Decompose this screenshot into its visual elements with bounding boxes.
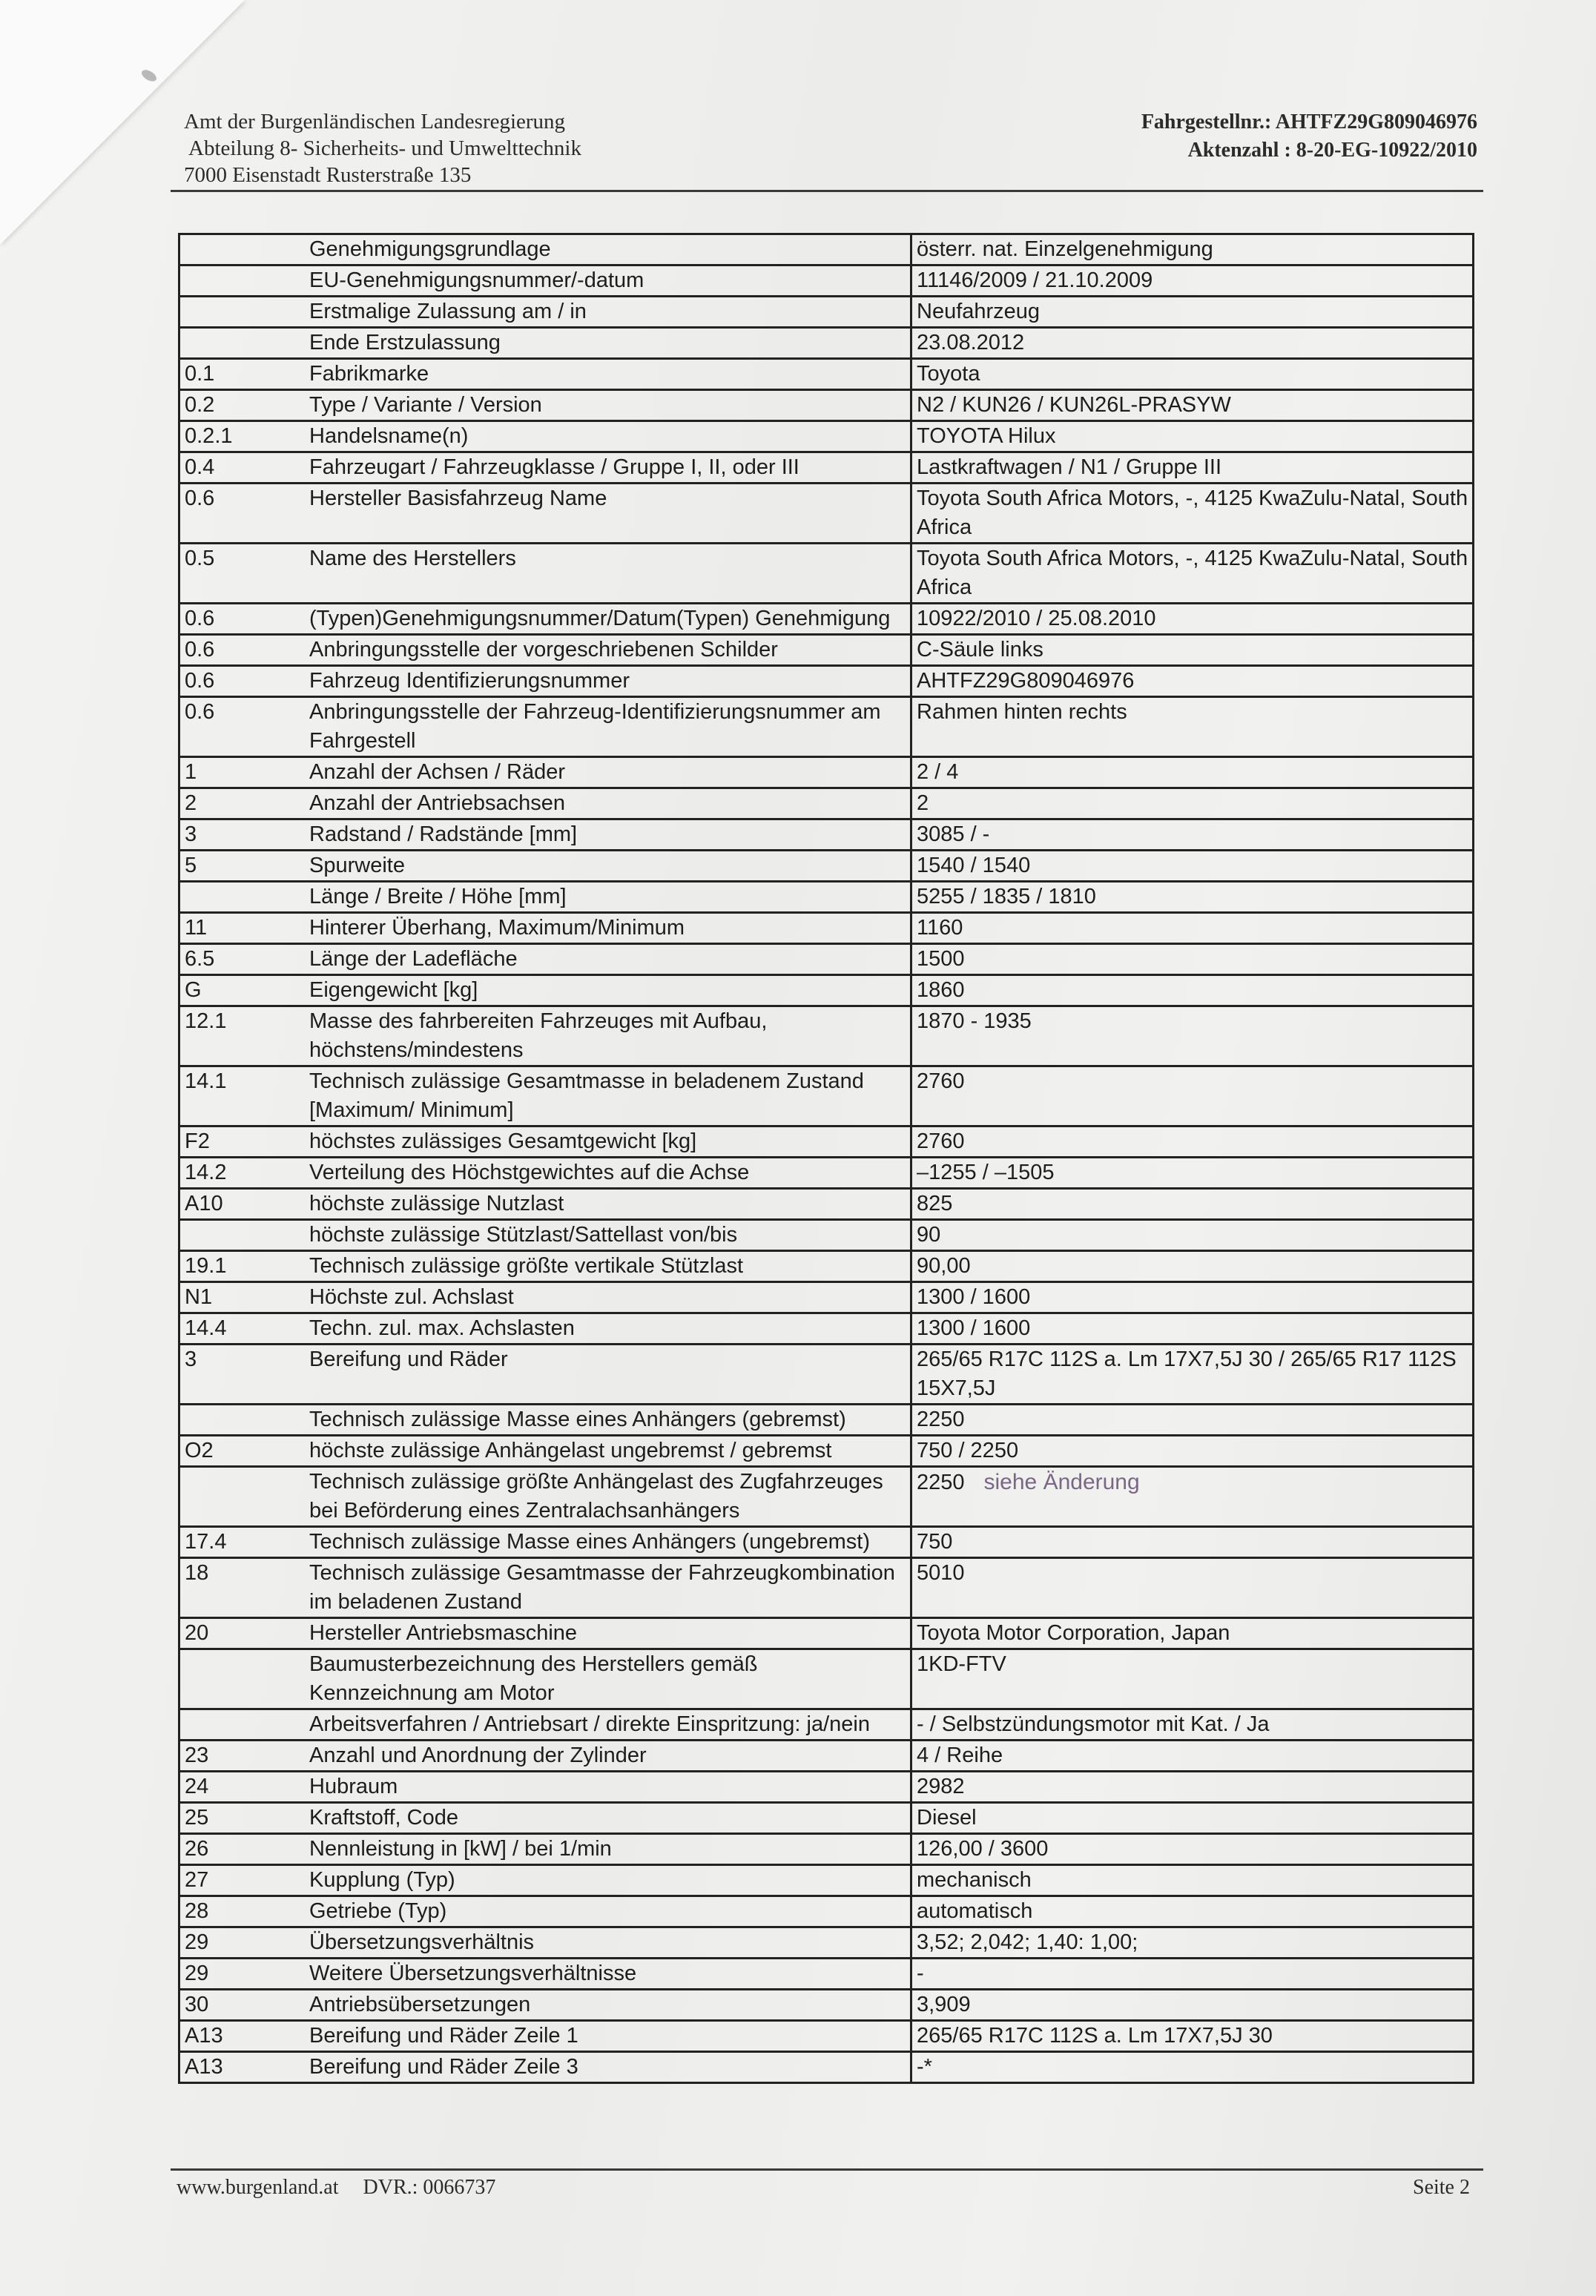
- row-label: (Typen)Genehmigungsnummer/Datum(Typen) G…: [303, 604, 911, 635]
- row-value: 4 / Reihe: [911, 1741, 1474, 1772]
- row-label: Hersteller Basisfahrzeug Name: [303, 484, 911, 544]
- row-value: -*: [911, 2052, 1474, 2083]
- row-code: 14.2: [179, 1158, 304, 1189]
- row-value: 1500: [911, 944, 1474, 975]
- row-value: mechanisch: [911, 1865, 1474, 1896]
- row-code: 0.2.1: [179, 421, 304, 452]
- row-label: Weitere Übersetzungsverhältnisse: [303, 1959, 911, 1990]
- row-value-text: 750 / 2250: [917, 1439, 1018, 1462]
- table-row: Technisch zulässige größte Anhängelast d…: [179, 1467, 1474, 1527]
- row-value: 11146/2009 / 21.10.2009: [911, 265, 1474, 297]
- letterhead-reference: Fahrgestellnr.: AHTFZ29G809046976 Aktenz…: [1141, 108, 1477, 165]
- row-code: 24: [179, 1772, 304, 1803]
- row-code: 14.1: [179, 1066, 304, 1126]
- table-row: 23Anzahl und Anordnung der Zylinder4 / R…: [179, 1741, 1474, 1772]
- row-code: [179, 1467, 304, 1527]
- row-label: Technisch zulässige Masse eines Anhänger…: [303, 1405, 911, 1436]
- row-value-text: 1160: [917, 916, 963, 940]
- row-code: A13: [179, 2052, 304, 2083]
- row-label: Bereifung und Räder: [303, 1345, 911, 1405]
- row-value: Neufahrzeug: [911, 297, 1474, 328]
- table-row: EU-Genehmigungsnummer/-datum11146/2009 /…: [179, 265, 1474, 297]
- row-label: Anbringungsstelle der Fahrzeug-Identifiz…: [303, 697, 911, 757]
- row-value: 2760: [911, 1066, 1474, 1126]
- row-code: A10: [179, 1189, 304, 1220]
- row-value: 2250: [911, 1405, 1474, 1436]
- row-value-text: Rahmen hinten rechts: [917, 700, 1127, 724]
- row-value: 90: [911, 1220, 1474, 1251]
- table-row: 24Hubraum2982: [179, 1772, 1474, 1803]
- row-value: 1160: [911, 913, 1474, 944]
- row-value: Toyota: [911, 359, 1474, 390]
- table-row: 12.1Masse des fahrbereiten Fahrzeuges mi…: [179, 1006, 1474, 1066]
- row-code: 19.1: [179, 1251, 304, 1282]
- row-value: AHTFZ29G809046976: [911, 666, 1474, 697]
- row-label: Kupplung (Typ): [303, 1865, 911, 1896]
- row-value-text: 2760: [917, 1069, 965, 1093]
- row-value-text: mechanisch: [917, 1868, 1032, 1892]
- row-label: Fabrikmarke: [303, 359, 911, 390]
- row-label: Erstmalige Zulassung am / in: [303, 297, 911, 328]
- row-value-text: Toyota: [917, 362, 980, 386]
- row-label: höchste zulässige Nutzlast: [303, 1189, 911, 1220]
- row-value-text: 3,52; 2,042; 1,40: 1,00;: [917, 1930, 1138, 1954]
- row-value-text: 1300 / 1600: [917, 1316, 1030, 1340]
- row-value: 23.08.2012: [911, 328, 1474, 359]
- table-row: 14.4Techn. zul. max. Achslasten1300 / 16…: [179, 1313, 1474, 1345]
- row-code: G: [179, 975, 304, 1006]
- row-code: 18: [179, 1558, 304, 1618]
- row-value: 126,00 / 3600: [911, 1834, 1474, 1865]
- table-row: A13Bereifung und Räder Zeile 3-*: [179, 2052, 1474, 2083]
- row-label: Technisch zulässige Masse eines Anhänger…: [303, 1527, 911, 1558]
- table-row: 6.5Länge der Ladefläche1500: [179, 944, 1474, 975]
- table-row: 14.1Technisch zulässige Gesamtmasse in b…: [179, 1066, 1474, 1126]
- row-code: [179, 1405, 304, 1436]
- row-value: TOYOTA Hilux: [911, 421, 1474, 452]
- row-code: 0.4: [179, 452, 304, 484]
- row-value-text: 1870 - 1935: [917, 1009, 1032, 1033]
- table-row: 29Übersetzungsverhältnis3,52; 2,042; 1,4…: [179, 1927, 1474, 1959]
- row-value-text: 5010: [917, 1561, 965, 1585]
- table-row: 2Anzahl der Antriebsachsen2: [179, 788, 1474, 819]
- authority-name: Amt der Burgenländischen Landesregierung: [184, 108, 581, 135]
- row-label: Technisch zulässige größte vertikale Stü…: [303, 1251, 911, 1282]
- row-code: 26: [179, 1834, 304, 1865]
- table-row: 26Nennleistung in [kW] / bei 1/min126,00…: [179, 1834, 1474, 1865]
- table-row: 0.6(Typen)Genehmigungsnummer/Datum(Typen…: [179, 604, 1474, 635]
- row-value-text: N2 / KUN26 / KUN26L-PRASYW: [917, 393, 1231, 417]
- table-row: GEigengewicht [kg]1860: [179, 975, 1474, 1006]
- row-label: Technisch zulässige Gesamtmasse der Fahr…: [303, 1558, 911, 1618]
- row-value-text: 265/65 R17C 112S a. Lm 17X7,5J 30: [917, 2024, 1273, 2048]
- table-row: N1Höchste zul. Achslast1300 / 1600: [179, 1282, 1474, 1313]
- row-value-text: 23.08.2012: [917, 331, 1024, 354]
- table-row: O2höchste zulässige Anhängelast ungebrem…: [179, 1436, 1474, 1467]
- row-value: automatisch: [911, 1896, 1474, 1927]
- row-code: 0.6: [179, 635, 304, 666]
- row-value: 2250siehe Änderung: [911, 1467, 1474, 1527]
- table-row: Länge / Breite / Höhe [mm]5255 / 1835 / …: [179, 882, 1474, 913]
- row-label: Hubraum: [303, 1772, 911, 1803]
- file-number: Aktenzahl : 8-20-EG-10922/2010: [1141, 136, 1477, 165]
- vehicle-spec-table: Genehmigungsgrundlageösterr. nat. Einzel…: [178, 233, 1474, 2084]
- authority-address: 7000 Eisenstadt Rusterstraße 135: [184, 162, 581, 188]
- row-value-text: österr. nat. Einzelgenehmigung: [917, 237, 1213, 261]
- row-value: –1255 / –1505: [911, 1158, 1474, 1189]
- row-code: O2: [179, 1436, 304, 1467]
- table-row: 29Weitere Übersetzungsverhältnisse-: [179, 1959, 1474, 1990]
- row-label: Kraftstoff, Code: [303, 1803, 911, 1834]
- row-code: [179, 328, 304, 359]
- table-row: Ende Erstzulassung23.08.2012: [179, 328, 1474, 359]
- row-value-text: 2250: [917, 1408, 965, 1431]
- footer-divider: [171, 2168, 1483, 2171]
- row-code: 25: [179, 1803, 304, 1834]
- table-row: Erstmalige Zulassung am / inNeufahrzeug: [179, 297, 1474, 328]
- table-row: 0.6Anbringungsstelle der vorgeschriebene…: [179, 635, 1474, 666]
- row-value-text: Toyota South Africa Motors, -, 4125 KwaZ…: [917, 486, 1468, 539]
- row-code: 3: [179, 819, 304, 851]
- letterhead-authority: Amt der Burgenländischen Landesregierung…: [184, 108, 581, 188]
- department-name: Abteilung 8- Sicherheits- und Umwelttech…: [184, 135, 581, 162]
- row-code: 3: [179, 1345, 304, 1405]
- row-value-text: 265/65 R17C 112S a. Lm 17X7,5J 30 / 265/…: [917, 1347, 1457, 1400]
- row-code: [179, 1220, 304, 1251]
- row-code: 29: [179, 1959, 304, 1990]
- row-label: Genehmigungsgrundlage: [303, 234, 911, 265]
- row-value-text: 2: [917, 791, 929, 815]
- row-value-text: -: [917, 1962, 924, 1985]
- row-value: - / Selbstzündungsmotor mit Kat. / Ja: [911, 1709, 1474, 1741]
- row-code: 0.6: [179, 697, 304, 757]
- row-value-text: - / Selbstzündungsmotor mit Kat. / Ja: [917, 1712, 1269, 1736]
- table-row: 18Technisch zulässige Gesamtmasse der Fa…: [179, 1558, 1474, 1618]
- row-value-text: Diesel: [917, 1806, 977, 1830]
- table-row: 25Kraftstoff, CodeDiesel: [179, 1803, 1474, 1834]
- table-row: 27Kupplung (Typ)mechanisch: [179, 1865, 1474, 1896]
- row-value: 1KD-FTV: [911, 1649, 1474, 1709]
- row-value: 10922/2010 / 25.08.2010: [911, 604, 1474, 635]
- row-value-text: 2982: [917, 1775, 965, 1798]
- row-value-text: 1KD-FTV: [917, 1652, 1006, 1676]
- row-code: 23: [179, 1741, 304, 1772]
- table-row: 0.2.1Handelsname(n)TOYOTA Hilux: [179, 421, 1474, 452]
- row-label: Hinterer Überhang, Maximum/Minimum: [303, 913, 911, 944]
- row-value-text: Lastkraftwagen / N1 / Gruppe III: [917, 455, 1221, 479]
- row-code: 0.5: [179, 544, 304, 604]
- row-value: 3,909: [911, 1990, 1474, 2021]
- row-value: Lastkraftwagen / N1 / Gruppe III: [911, 452, 1474, 484]
- row-label: Baumusterbezeichnung des Herstellers gem…: [303, 1649, 911, 1709]
- row-label: Ende Erstzulassung: [303, 328, 911, 359]
- row-label: Übersetzungsverhältnis: [303, 1927, 911, 1959]
- row-value-text: 750: [917, 1530, 952, 1554]
- row-code: 0.1: [179, 359, 304, 390]
- row-value: Toyota South Africa Motors, -, 4125 KwaZ…: [911, 544, 1474, 604]
- row-value-text: 1500: [917, 947, 965, 971]
- table-row: 28Getriebe (Typ)automatisch: [179, 1896, 1474, 1927]
- row-code: 1: [179, 757, 304, 788]
- row-value-text: 3,909: [917, 1993, 971, 2016]
- table-row: 0.6Fahrzeug IdentifizierungsnummerAHTFZ2…: [179, 666, 1474, 697]
- row-value: 265/65 R17C 112S a. Lm 17X7,5J 30: [911, 2021, 1474, 2052]
- table-row: 11Hinterer Überhang, Maximum/Minimum1160: [179, 913, 1474, 944]
- row-value: N2 / KUN26 / KUN26L-PRASYW: [911, 390, 1474, 421]
- table-row: 30Antriebsübersetzungen3,909: [179, 1990, 1474, 2021]
- row-label: Name des Herstellers: [303, 544, 911, 604]
- row-code: [179, 234, 304, 265]
- row-value: Rahmen hinten rechts: [911, 697, 1474, 757]
- row-label: Spurweite: [303, 851, 911, 882]
- row-label: Techn. zul. max. Achslasten: [303, 1313, 911, 1345]
- row-label: Arbeitsverfahren / Antriebsart / direkte…: [303, 1709, 911, 1741]
- table-row: 17.4Technisch zulässige Masse eines Anhä…: [179, 1527, 1474, 1558]
- row-value-text: -*: [917, 2055, 932, 2079]
- chassis-number: Fahrgestellnr.: AHTFZ29G809046976: [1141, 108, 1477, 136]
- row-label: Antriebsübersetzungen: [303, 1990, 911, 2021]
- table-row: 0.2Type / Variante / VersionN2 / KUN26 /…: [179, 390, 1474, 421]
- row-label: Nennleistung in [kW] / bei 1/min: [303, 1834, 911, 1865]
- table-row: 0.6Anbringungsstelle der Fahrzeug-Identi…: [179, 697, 1474, 757]
- row-value-text: automatisch: [917, 1899, 1032, 1923]
- row-value: 1300 / 1600: [911, 1282, 1474, 1313]
- row-label: Masse des fahrbereiten Fahrzeuges mit Au…: [303, 1006, 911, 1066]
- row-code: 5: [179, 851, 304, 882]
- row-code: 2: [179, 788, 304, 819]
- row-label: Radstand / Radstände [mm]: [303, 819, 911, 851]
- row-label: Bereifung und Räder Zeile 3: [303, 2052, 911, 2083]
- row-code: [179, 1649, 304, 1709]
- row-code: [179, 882, 304, 913]
- table-row: 1Anzahl der Achsen / Räder2 / 4: [179, 757, 1474, 788]
- row-value-text: 825: [917, 1192, 952, 1215]
- row-label: Länge der Ladefläche: [303, 944, 911, 975]
- row-value-text: 126,00 / 3600: [917, 1837, 1048, 1861]
- row-value-text: AHTFZ29G809046976: [917, 669, 1134, 693]
- header-divider: [171, 190, 1483, 192]
- row-value: 5255 / 1835 / 1810: [911, 882, 1474, 913]
- row-value: Toyota Motor Corporation, Japan: [911, 1618, 1474, 1649]
- row-label: Anzahl der Achsen / Räder: [303, 757, 911, 788]
- table-row: 20Hersteller AntriebsmaschineToyota Moto…: [179, 1618, 1474, 1649]
- row-value: 2 / 4: [911, 757, 1474, 788]
- row-code: 0.2: [179, 390, 304, 421]
- row-label: Handelsname(n): [303, 421, 911, 452]
- footer-website: www.burgenland.at: [177, 2176, 339, 2199]
- row-value: 750 / 2250: [911, 1436, 1474, 1467]
- table-row: 3Radstand / Radstände [mm]3085 / -: [179, 819, 1474, 851]
- row-label: Hersteller Antriebsmaschine: [303, 1618, 911, 1649]
- row-value: 2: [911, 788, 1474, 819]
- row-label: Eigengewicht [kg]: [303, 975, 911, 1006]
- footer-dvr: DVR.: 0066737: [363, 2176, 496, 2199]
- table-row: Technisch zulässige Masse eines Anhänger…: [179, 1405, 1474, 1436]
- row-code: 17.4: [179, 1527, 304, 1558]
- row-label: Getriebe (Typ): [303, 1896, 911, 1927]
- table-row: Baumusterbezeichnung des Herstellers gem…: [179, 1649, 1474, 1709]
- row-value-text: 3085 / -: [917, 822, 989, 846]
- row-value-text: 4 / Reihe: [917, 1744, 1003, 1767]
- row-value-text: 1300 / 1600: [917, 1285, 1030, 1309]
- row-label: Technisch zulässige größte Anhängelast d…: [303, 1467, 911, 1527]
- row-value-text: 1860: [917, 978, 965, 1002]
- row-value-text: Toyota South Africa Motors, -, 4125 KwaZ…: [917, 547, 1468, 599]
- row-label: Type / Variante / Version: [303, 390, 911, 421]
- row-value: C-Säule links: [911, 635, 1474, 666]
- row-code: 0.6: [179, 604, 304, 635]
- table-row: 19.1Technisch zulässige größte vertikale…: [179, 1251, 1474, 1282]
- row-code: 28: [179, 1896, 304, 1927]
- row-value-text: 2250: [917, 1471, 965, 1494]
- row-code: 20: [179, 1618, 304, 1649]
- page-number: Seite 2: [1413, 2176, 1470, 2200]
- row-code: 30: [179, 1990, 304, 2021]
- row-code: N1: [179, 1282, 304, 1313]
- row-value: österr. nat. Einzelgenehmigung: [911, 234, 1474, 265]
- row-value-text: C-Säule links: [917, 638, 1043, 662]
- row-value: -: [911, 1959, 1474, 1990]
- row-code: [179, 265, 304, 297]
- table-row: A13Bereifung und Räder Zeile 1265/65 R17…: [179, 2021, 1474, 2052]
- table-row: 0.6Hersteller Basisfahrzeug NameToyota S…: [179, 484, 1474, 544]
- stamp-annotation: siehe Änderung: [984, 1470, 1140, 1494]
- row-value: 3,52; 2,042; 1,40: 1,00;: [911, 1927, 1474, 1959]
- row-code: 29: [179, 1927, 304, 1959]
- row-value-text: 11146/2009 / 21.10.2009: [917, 268, 1153, 292]
- row-code: 0.6: [179, 484, 304, 544]
- row-label: Anzahl und Anordnung der Zylinder: [303, 1741, 911, 1772]
- row-value: 1300 / 1600: [911, 1313, 1474, 1345]
- row-value: 3085 / -: [911, 819, 1474, 851]
- footer-info: www.burgenland.at DVR.: 0066737: [177, 2176, 495, 2200]
- row-value-text: 2 / 4: [917, 760, 958, 784]
- row-value: 750: [911, 1527, 1474, 1558]
- table-row: 0.5Name des HerstellersToyota South Afri…: [179, 544, 1474, 604]
- row-value: 2982: [911, 1772, 1474, 1803]
- table-row: A10höchste zulässige Nutzlast825: [179, 1189, 1474, 1220]
- row-code: A13: [179, 2021, 304, 2052]
- row-code: 14.4: [179, 1313, 304, 1345]
- row-code: [179, 1709, 304, 1741]
- row-value-text: 5255 / 1835 / 1810: [917, 885, 1096, 908]
- table-row: 3Bereifung und Räder265/65 R17C 112S a. …: [179, 1345, 1474, 1405]
- row-label: Verteilung des Höchstgewichtes auf die A…: [303, 1158, 911, 1189]
- row-value-text: 90,00: [917, 1254, 971, 1278]
- row-value: 825: [911, 1189, 1474, 1220]
- table-row: F2höchstes zulässiges Gesamtgewicht [kg]…: [179, 1126, 1474, 1158]
- row-value-text: Neufahrzeug: [917, 300, 1040, 323]
- row-value: 1870 - 1935: [911, 1006, 1474, 1066]
- row-label: EU-Genehmigungsnummer/-datum: [303, 265, 911, 297]
- row-value: Toyota South Africa Motors, -, 4125 KwaZ…: [911, 484, 1474, 544]
- table-row: 0.1FabrikmarkeToyota: [179, 359, 1474, 390]
- row-label: Technisch zulässige Gesamtmasse in belad…: [303, 1066, 911, 1126]
- row-label: Fahrzeug Identifizierungsnummer: [303, 666, 911, 697]
- row-label: höchstes zulässiges Gesamtgewicht [kg]: [303, 1126, 911, 1158]
- row-label: Anbringungsstelle der vorgeschriebenen S…: [303, 635, 911, 666]
- row-value-text: 90: [917, 1223, 940, 1247]
- row-value: 90,00: [911, 1251, 1474, 1282]
- row-value-text: 2760: [917, 1129, 965, 1153]
- row-label: Anzahl der Antriebsachsen: [303, 788, 911, 819]
- row-value: Diesel: [911, 1803, 1474, 1834]
- row-value-text: –1255 / –1505: [917, 1161, 1054, 1184]
- row-label: Fahrzeugart / Fahrzeugklasse / Gruppe I,…: [303, 452, 911, 484]
- table-row: Genehmigungsgrundlageösterr. nat. Einzel…: [179, 234, 1474, 265]
- row-value-text: TOYOTA Hilux: [917, 424, 1055, 448]
- row-value: 1860: [911, 975, 1474, 1006]
- row-code: 27: [179, 1865, 304, 1896]
- row-label: höchste zulässige Stützlast/Sattellast v…: [303, 1220, 911, 1251]
- row-code: 11: [179, 913, 304, 944]
- row-code: 0.6: [179, 666, 304, 697]
- row-value-text: 1540 / 1540: [917, 854, 1030, 877]
- table-row: Arbeitsverfahren / Antriebsart / direkte…: [179, 1709, 1474, 1741]
- row-value: 2760: [911, 1126, 1474, 1158]
- row-value-text: 10922/2010 / 25.08.2010: [917, 607, 1156, 630]
- row-label: Bereifung und Räder Zeile 1: [303, 2021, 911, 2052]
- table-row: höchste zulässige Stützlast/Sattellast v…: [179, 1220, 1474, 1251]
- row-label: Länge / Breite / Höhe [mm]: [303, 882, 911, 913]
- table-row: 14.2Verteilung des Höchstgewichtes auf d…: [179, 1158, 1474, 1189]
- row-code: 12.1: [179, 1006, 304, 1066]
- row-label: höchste zulässige Anhängelast ungebremst…: [303, 1436, 911, 1467]
- row-code: 6.5: [179, 944, 304, 975]
- row-value: 1540 / 1540: [911, 851, 1474, 882]
- row-code: [179, 297, 304, 328]
- table-row: 0.4Fahrzeugart / Fahrzeugklasse / Gruppe…: [179, 452, 1474, 484]
- row-value: 5010: [911, 1558, 1474, 1618]
- row-label: Höchste zul. Achslast: [303, 1282, 911, 1313]
- row-value-text: Toyota Motor Corporation, Japan: [917, 1621, 1230, 1645]
- table-row: 5Spurweite1540 / 1540: [179, 851, 1474, 882]
- row-code: F2: [179, 1126, 304, 1158]
- row-value: 265/65 R17C 112S a. Lm 17X7,5J 30 / 265/…: [911, 1345, 1474, 1405]
